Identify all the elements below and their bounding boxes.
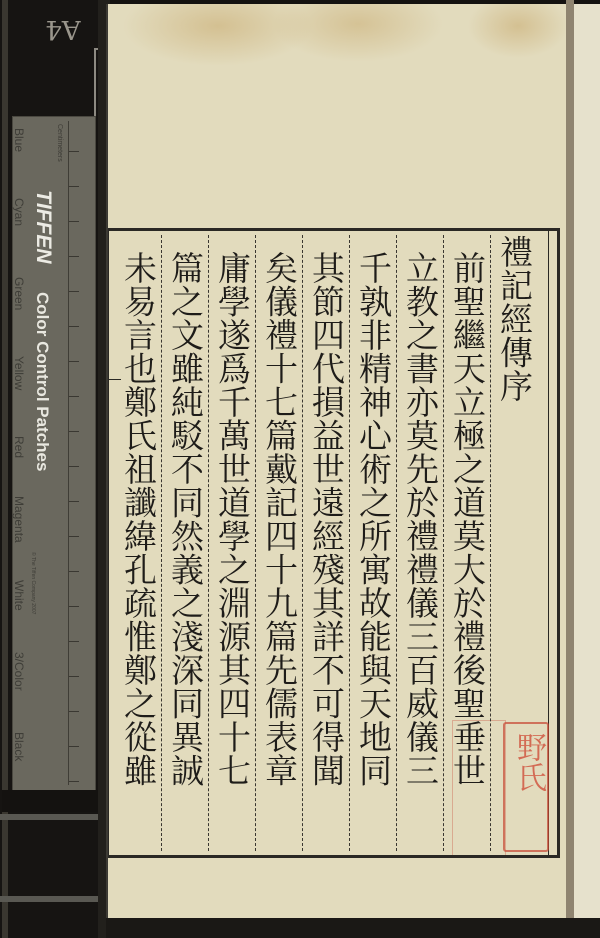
patch-label-white: White xyxy=(12,580,26,611)
text-column: 其節四代損益世遠經殘其詳不可得聞 xyxy=(302,235,349,851)
card-shadow xyxy=(2,790,98,812)
patch-label-magenta: Magenta xyxy=(12,496,26,543)
copyright-text: © The Tiffen Company 2007 xyxy=(30,552,36,614)
unit-label: Centimeters xyxy=(56,124,63,162)
text-columns: 禮記經傳序 前聖繼天立極之道莫大於禮後聖垂世 立教之書亦莫先於禮禮儀三百威儀三 … xyxy=(125,235,537,851)
text-column: 庸學遂爲千萬世道學之淵源其四十七 xyxy=(208,235,255,851)
patch-label-red: Red xyxy=(12,436,26,458)
text-column: 立教之書亦莫先於禮禮儀三百威儀三 xyxy=(396,235,443,851)
gray-bar xyxy=(0,896,100,902)
patch-label-yellow: Yellow xyxy=(12,356,26,390)
text-column: 前聖繼天立極之道莫大於禮後聖垂世 xyxy=(443,235,490,851)
patch-label-blue: Blue xyxy=(12,128,26,152)
patch-label-3color: 3/Color xyxy=(12,652,26,691)
book-gutter xyxy=(566,0,574,938)
product-title: Color Control Patches xyxy=(32,292,52,471)
text-column: 未易言也鄭氏祖讖緯孔疏惟鄭之從雖 xyxy=(115,235,161,851)
patch-label-black: Black xyxy=(12,732,26,761)
text-block-frame: 禮記經傳序 前聖繼天立極之道莫大於禮後聖垂世 立教之書亦莫先於禮禮儀三百威儀三 … xyxy=(108,228,560,858)
gray-bar xyxy=(0,814,100,820)
ruler xyxy=(68,121,93,785)
bottom-shadow xyxy=(106,918,600,938)
patch-label-cyan: Cyan xyxy=(12,198,26,226)
next-page-edge xyxy=(574,4,600,920)
patch-label-green: Green xyxy=(12,277,26,310)
a4-label: A4 xyxy=(38,14,88,44)
text-column: 矣儀禮十七篇戴記四十九篇先儒表章 xyxy=(255,235,302,851)
text-column: 篇之文雖純駁不同然義之淺深同異誠 xyxy=(161,235,208,851)
red-seal-stamp: 野氏 xyxy=(503,722,549,852)
brand-logo: TIFFEN xyxy=(31,190,55,264)
text-column: 千孰非精神心術之所寓故能與天地同 xyxy=(349,235,396,851)
